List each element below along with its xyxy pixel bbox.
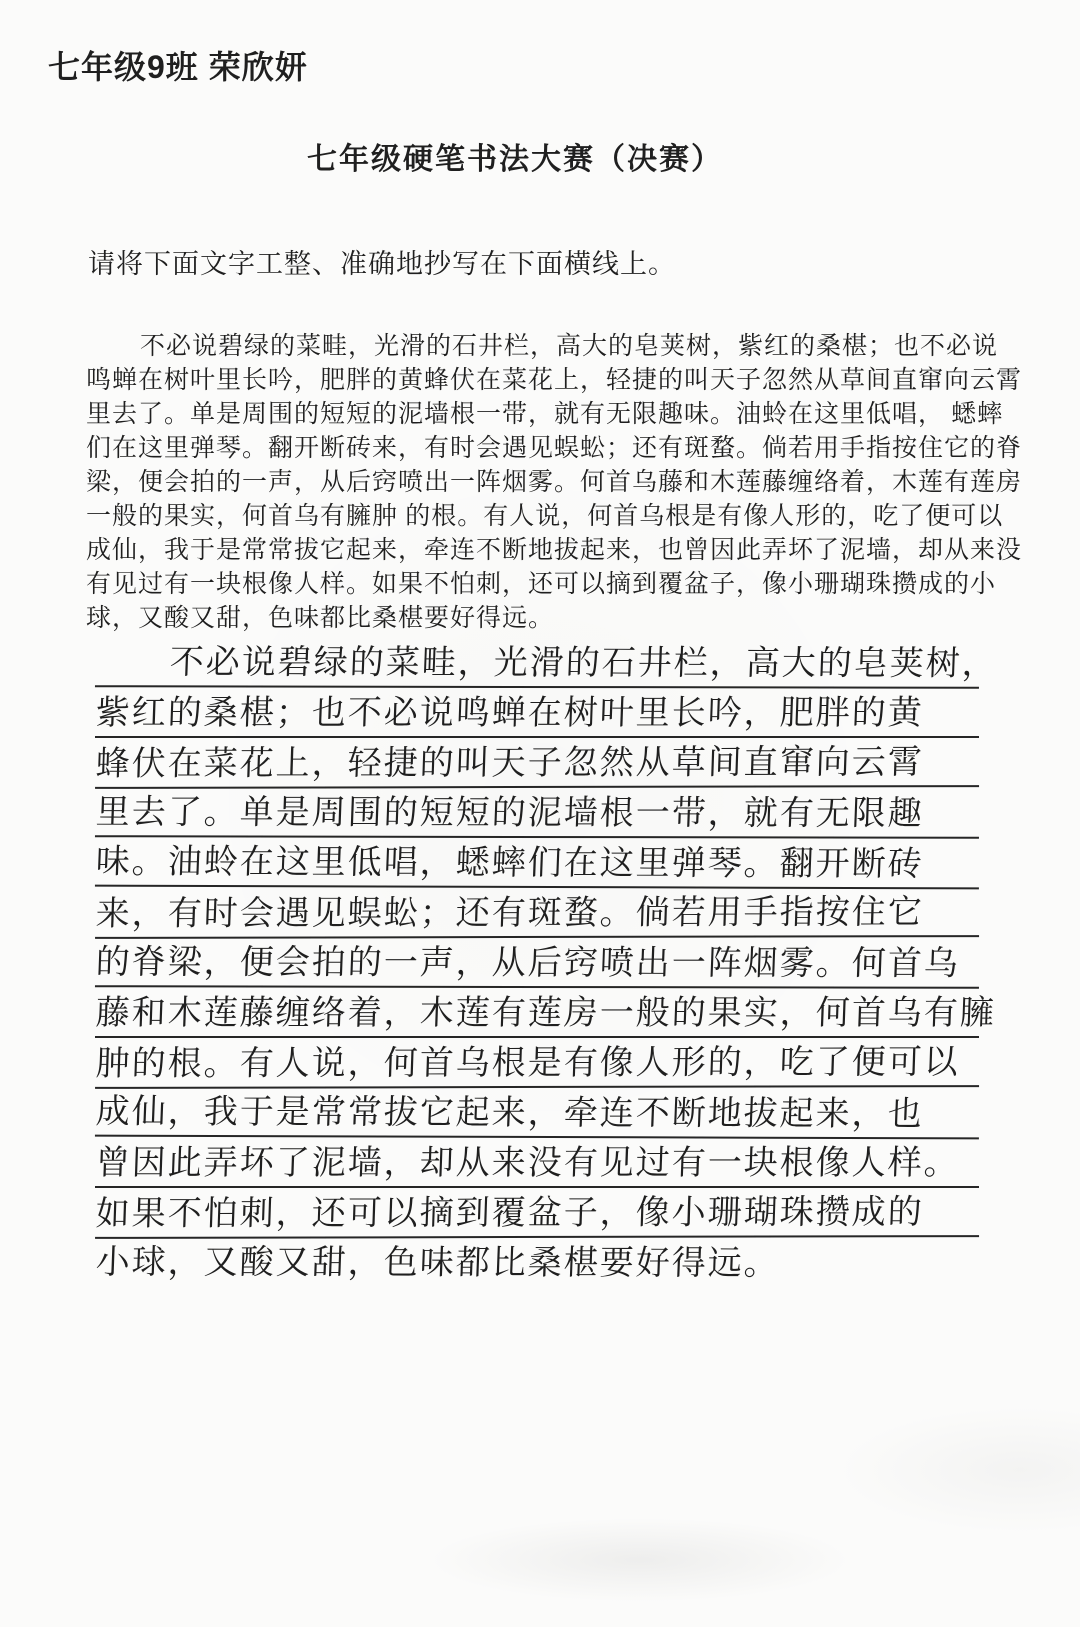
printed-line: 梁，便会拍的一声，从后窍喷出一阵烟雾。何首乌藤和木莲藤缠络着，木莲有莲房 — [86, 466, 998, 500]
student-name: 七年级9班 荣欣妍 — [48, 42, 308, 88]
handwriting-row: 里去了。单是周围的短短的泥墙根一带，就有无限趣 — [95, 787, 979, 839]
printed-line: 们在这里弹琴。翻开断砖来，有时会遇见蜈蚣；还有斑蝥。倘若用手指按住它的脊 — [86, 432, 998, 466]
printed-line: 不必说碧绿的菜畦，光滑的石井栏，高大的皂荚树，紫红的桑椹；也不必说 — [86, 330, 998, 364]
handwritten-copy-section: 不必说碧绿的菜畦，光滑的石井栏，高大的皂荚树， 紫红的桑椹；也不必说鸣蝉在树叶里… — [95, 638, 979, 1286]
handwriting-row: 不必说碧绿的菜畦，光滑的石井栏，高大的皂荚树， — [95, 637, 979, 689]
handwriting-row: 紫红的桑椹；也不必说鸣蝉在树叶里长吟，肥胖的黄 — [95, 688, 979, 738]
handwritten-line: 里去了。单是周围的短短的泥墙根一带，就有无限趣 — [95, 784, 925, 834]
instruction-text: 请将下面文字工整、准确地抄写在下面横线上。 — [88, 242, 676, 281]
handwriting-row: 肿的根。有人说，何首乌根是有像人形的，吃了便可以 — [95, 1037, 979, 1089]
handwriting-row: 蜂伏在菜花上，轻捷的叫天子忽然从草间直窜向云霄 — [95, 737, 979, 789]
handwriting-row: 曾因此弄坏了泥墙，却从来没有见过有一块根像人样。 — [95, 1138, 979, 1188]
page-title: 七年级硬笔书法大赛（决赛） — [0, 134, 1030, 178]
handwriting-row: 来，有时会遇见蜈蚣；还有斑蝥。倘若用手指按住它 — [95, 887, 979, 939]
handwritten-line: 的脊梁，便会拍的一声，从后窍喷出一阵烟雾。何首乌 — [95, 934, 961, 985]
handwriting-row: 的脊梁，便会拍的一声，从后窍喷出一阵烟雾。何首乌 — [95, 937, 979, 989]
handwritten-line: 小球，又酸又甜，色味都比桑椹要好得远。 — [95, 1234, 781, 1284]
printed-paragraph: 不必说碧绿的菜畦，光滑的石井栏，高大的皂荚树，紫红的桑椹；也不必说 鸣蝉在树叶里… — [86, 330, 998, 636]
handwritten-line: 蜂伏在菜花上，轻捷的叫天子忽然从草间直窜向云霄 — [95, 734, 925, 785]
printed-line: 成仙，我于是常常拔它起来，牵连不断地拔起来，也曾因此弄坏了泥墙，却从来没 — [86, 534, 998, 568]
handwritten-line: 紫红的桑椹；也不必说鸣蝉在树叶里长吟，肥胖的黄 — [95, 685, 925, 734]
handwritten-line: 曾因此弄坏了泥墙，却从来没有见过有一块根像人样。 — [95, 1135, 961, 1184]
scanned-document-page: 七年级9班 荣欣妍 七年级硬笔书法大赛（决赛） 请将下面文字工整、准确地抄写在下… — [0, 0, 1080, 1627]
handwriting-row: 藤和木莲藤缠络着，木莲有莲房一般的果实，何首乌有臃 — [95, 988, 979, 1038]
printed-line: 里去了。单是周围的短短的泥墙根一带，就有无限趣味。油蛉在这里低唱， 蟋蟀 — [86, 398, 998, 432]
printed-line: 有见过有一块根像人样。如果不怕刺，还可以摘到覆盆子，像小珊瑚珠攒成的小 — [86, 568, 998, 602]
handwriting-row: 如果不怕刺，还可以摘到覆盆子，像小珊瑚珠攒成的 — [95, 1187, 979, 1239]
handwritten-line: 不必说碧绿的菜畦，光滑的石井栏，高大的皂荚树， — [169, 634, 999, 684]
handwriting-row: 小球，又酸又甜，色味都比桑椹要好得远。 — [95, 1237, 979, 1287]
handwritten-line: 肿的根。有人说，何首乌根是有像人形的，吃了便可以 — [95, 1034, 961, 1085]
handwritten-line: 味。油蛉在这里低唱，蟋蟀们在这里弹琴。翻开断砖 — [95, 834, 925, 886]
handwritten-line: 藤和木莲藤缠络着，木莲有莲房一般的果实，何首乌有臃 — [95, 985, 997, 1034]
printed-line: 鸣蝉在树叶里长吟，肥胖的黄蜂伏在菜花上，轻捷的叫天子忽然从草间直窜向云霄 — [86, 364, 998, 398]
handwriting-row: 成仙，我于是常常拔它起来，牵连不断地拔起来，也 — [95, 1087, 979, 1140]
handwritten-line: 成仙，我于是常常拔它起来，牵连不断地拔起来，也 — [95, 1084, 925, 1136]
handwritten-line: 如果不怕刺，还可以摘到覆盆子，像小珊瑚珠攒成的 — [95, 1184, 925, 1235]
printed-line: 球，又酸又甜，色味都比桑椹要好得远。 — [86, 602, 998, 636]
handwriting-row: 味。油蛉在这里低唱，蟋蟀们在这里弹琴。翻开断砖 — [95, 837, 979, 890]
handwritten-line: 来，有时会遇见蜈蚣；还有斑蝥。倘若用手指按住它 — [95, 884, 925, 935]
printed-line: 一般的果实，何首乌有臃肿 的根。有人说，何首乌根是有像人形的，吃了便可以 — [86, 500, 998, 534]
